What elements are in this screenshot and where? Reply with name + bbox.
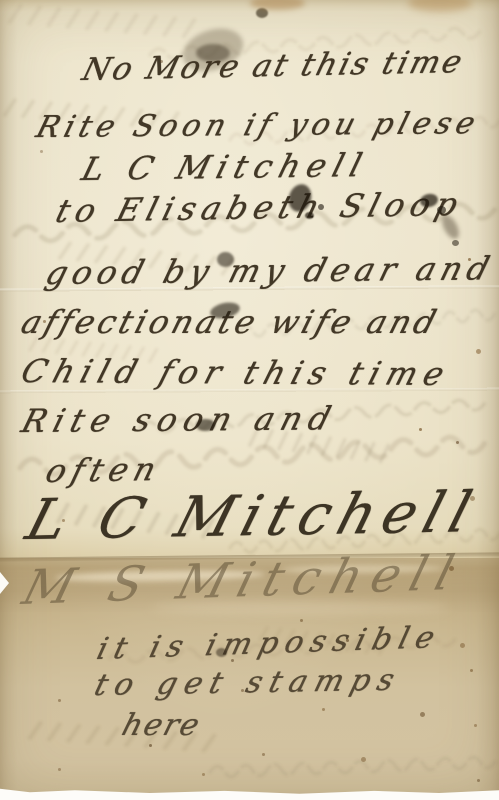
ink-blot: [452, 240, 459, 246]
signature-l-c-mitchell-large: L C Mitchell: [19, 480, 486, 553]
ink-spot: [256, 8, 268, 18]
line-signature-l-c-mitchell: L C Mitchell: [78, 146, 373, 188]
line-here: here: [118, 708, 205, 743]
paper-edge-notch: [0, 572, 9, 594]
line-to-get-stamps: to get stamps: [91, 663, 406, 703]
line-often: often: [42, 450, 166, 490]
line-no-more-at-this-time: No More at this time: [78, 44, 468, 88]
line-child-for-this-time: Child for this time: [17, 352, 456, 393]
foxing-spots: [0, 0, 3, 3]
rust-stain: [408, 0, 472, 12]
line-to-elisabeth-sloop: to Elisabeth Sloop: [52, 185, 468, 230]
line-good-by-my-dear-and: good by my dear and: [42, 249, 499, 292]
line-rite-soon-and: Rite soon and: [17, 399, 342, 440]
line-rite-soon-if-you-plese: Rite Soon if you plese: [32, 106, 484, 145]
letter-scan-page: No More at this time Rite Soon if you pl…: [0, 0, 499, 800]
scanner-edge-bottom: [0, 786, 499, 800]
signature-m-s-mitchell-faded: M S Mitchell: [17, 545, 470, 616]
rust-stain: [250, 0, 305, 10]
line-affectionate-wife-and: affectionate wife and: [17, 303, 444, 341]
line-it-is-impossible: it is impossible: [93, 620, 445, 667]
